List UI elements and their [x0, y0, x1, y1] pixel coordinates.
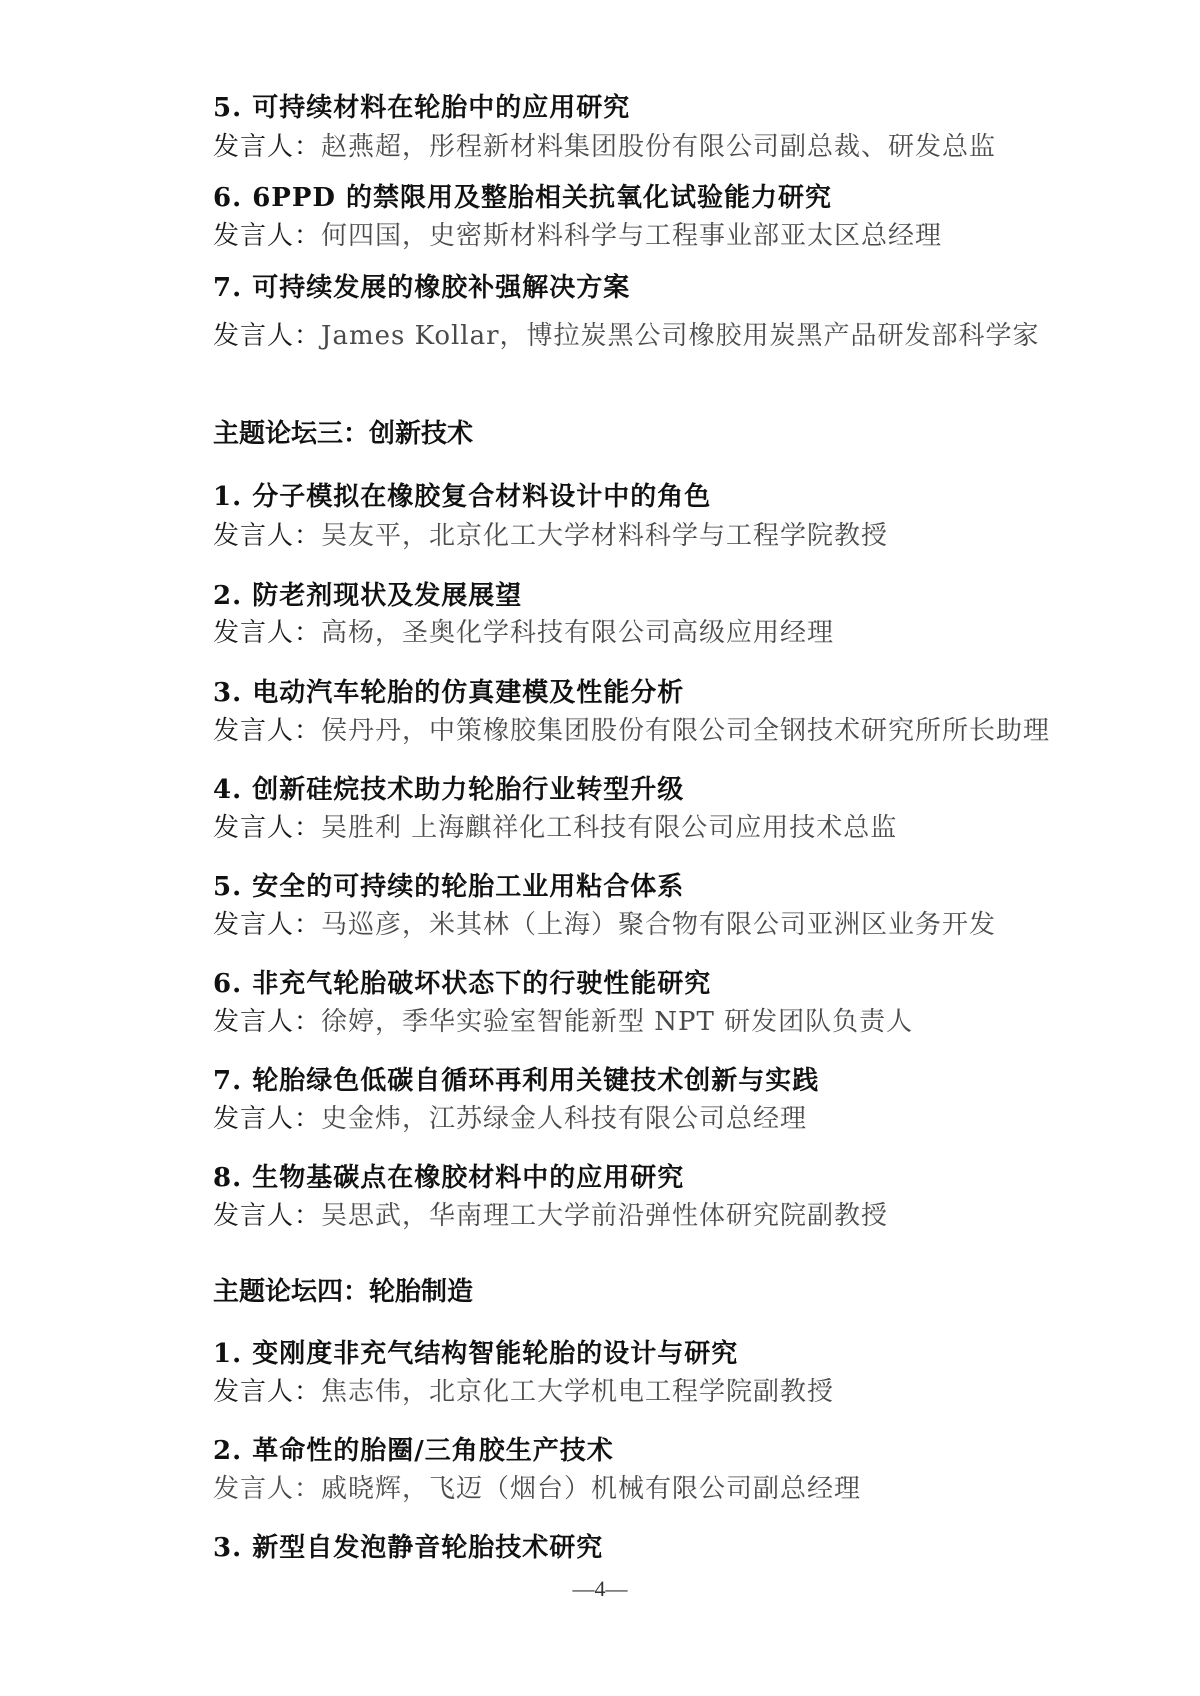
- talk-speaker: 发言人：赵燕超，彤程新材料集团股份有限公司副总裁、研发总监: [213, 131, 996, 163]
- speaker-label: 发言人：: [213, 132, 321, 162]
- speaker-label: 发言人：: [213, 618, 321, 648]
- talk-speaker: 发言人：焦志伟，北京化工大学机电工程学院副教授: [213, 1376, 834, 1408]
- speaker-info: 马巡彦，米其林（上海）聚合物有限公司亚洲区业务开发: [321, 910, 996, 940]
- talk-title: 1. 变刚度非充气结构智能轮胎的设计与研究: [213, 1338, 738, 1370]
- talk-speaker: 发言人：马巡彦，米其林（上海）聚合物有限公司亚洲区业务开发: [213, 909, 996, 941]
- speaker-info: 高杨，圣奥化学科技有限公司高级应用经理: [321, 618, 834, 648]
- talk-title: 6. 非充气轮胎破坏状态下的行驶性能研究: [213, 968, 711, 1000]
- talk-speaker: 发言人：侯丹丹，中策橡胶集团股份有限公司全钢技术研究所所长助理: [213, 715, 1050, 747]
- speaker-label: 发言人：: [213, 521, 321, 551]
- speaker-label: 发言人：: [213, 1377, 321, 1407]
- speaker-label: 发言人：: [213, 1474, 321, 1504]
- section-heading: 主题论坛四：轮胎制造: [213, 1276, 473, 1308]
- talk-title: 1. 分子模拟在橡胶复合材料设计中的角色: [213, 481, 711, 513]
- talk-speaker: 发言人：James Kollar，博拉炭黑公司橡胶用炭黑产品研发部科学家: [213, 320, 1040, 352]
- talk-speaker: 发言人：高杨，圣奥化学科技有限公司高级应用经理: [213, 617, 834, 649]
- speaker-info: James Kollar，博拉炭黑公司橡胶用炭黑产品研发部科学家: [321, 321, 1040, 351]
- speaker-label: 发言人：: [213, 221, 321, 251]
- document-page: 5. 可持续材料在轮胎中的应用研究 发言人：赵燕超，彤程新材料集团股份有限公司副…: [0, 0, 1200, 1696]
- speaker-label: 发言人：: [213, 321, 321, 351]
- speaker-label: 发言人：: [213, 1007, 321, 1037]
- talk-title: 5. 安全的可持续的轮胎工业用粘合体系: [213, 871, 684, 903]
- talk-title: 2. 防老剂现状及发展展望: [213, 580, 522, 612]
- speaker-info: 吴思武，华南理工大学前沿弹性体研究院副教授: [321, 1201, 888, 1231]
- speaker-label: 发言人：: [213, 1104, 321, 1134]
- section-heading: 主题论坛三：创新技术: [213, 418, 473, 450]
- speaker-info: 戚晓辉，飞迈（烟台）机械有限公司副总经理: [321, 1474, 861, 1504]
- talk-title: 6. 6PPD 的禁限用及整胎相关抗氧化试验能力研究: [213, 182, 832, 214]
- talk-speaker: 发言人：吴友平，北京化工大学材料科学与工程学院教授: [213, 520, 888, 552]
- talk-speaker: 发言人：何四国，史密斯材料科学与工程事业部亚太区总经理: [213, 220, 942, 252]
- talk-speaker: 发言人：史金炜，江苏绿金人科技有限公司总经理: [213, 1103, 807, 1135]
- talk-title: 2. 革命性的胎圈/三角胶生产技术: [213, 1435, 614, 1467]
- talk-title: 7. 轮胎绿色低碳自循环再利用关键技术创新与实践: [213, 1065, 819, 1097]
- talk-title: 3. 新型自发泡静音轮胎技术研究: [213, 1532, 603, 1564]
- speaker-info: 焦志伟，北京化工大学机电工程学院副教授: [321, 1377, 834, 1407]
- talk-speaker: 发言人：吴胜利 上海麒祥化工科技有限公司应用技术总监: [213, 812, 897, 844]
- talk-title: 3. 电动汽车轮胎的仿真建模及性能分析: [213, 677, 684, 709]
- talk-speaker: 发言人：吴思武，华南理工大学前沿弹性体研究院副教授: [213, 1200, 888, 1232]
- talk-title: 7. 可持续发展的橡胶补强解决方案: [213, 272, 630, 304]
- speaker-info: 吴友平，北京化工大学材料科学与工程学院教授: [321, 521, 888, 551]
- speaker-label: 发言人：: [213, 910, 321, 940]
- speaker-info: 何四国，史密斯材料科学与工程事业部亚太区总经理: [321, 221, 942, 251]
- speaker-info: 史金炜，江苏绿金人科技有限公司总经理: [321, 1104, 807, 1134]
- page-number: —4—: [0, 1576, 1200, 1602]
- speaker-label: 发言人：: [213, 813, 321, 843]
- speaker-info: 徐婷，季华实验室智能新型 NPT 研发团队负责人: [321, 1007, 913, 1037]
- speaker-info: 侯丹丹，中策橡胶集团股份有限公司全钢技术研究所所长助理: [321, 716, 1050, 746]
- talk-title: 8. 生物基碳点在橡胶材料中的应用研究: [213, 1162, 684, 1194]
- speaker-info: 吴胜利 上海麒祥化工科技有限公司应用技术总监: [321, 813, 897, 843]
- speaker-label: 发言人：: [213, 1201, 321, 1231]
- speaker-label: 发言人：: [213, 716, 321, 746]
- speaker-info: 赵燕超，彤程新材料集团股份有限公司副总裁、研发总监: [321, 132, 996, 162]
- talk-title: 5. 可持续材料在轮胎中的应用研究: [213, 92, 630, 124]
- talk-title: 4. 创新硅烷技术助力轮胎行业转型升级: [213, 774, 684, 806]
- talk-speaker: 发言人：徐婷，季华实验室智能新型 NPT 研发团队负责人: [213, 1006, 913, 1038]
- talk-speaker: 发言人：戚晓辉，飞迈（烟台）机械有限公司副总经理: [213, 1473, 861, 1505]
